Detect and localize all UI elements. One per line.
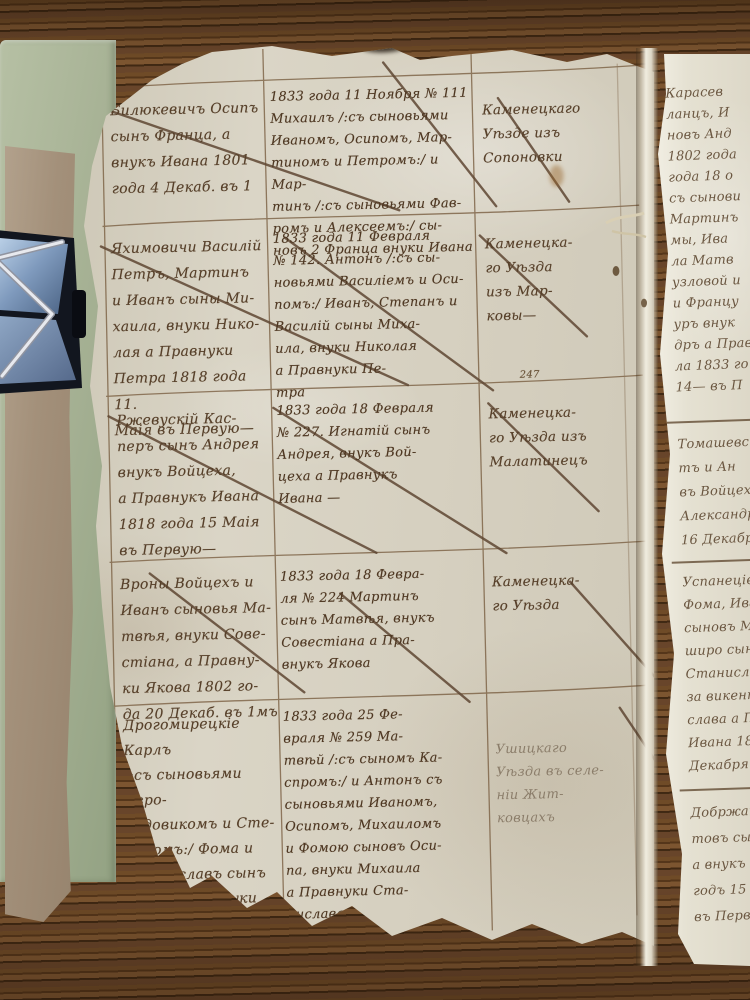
- right-rule-1: [667, 418, 750, 423]
- right-rule-2: [672, 558, 750, 563]
- row4-family-entry: Вроны Войцехъ иИванъ сыновья Ма-твѣя, вн…: [120, 569, 279, 728]
- binder-clip: [0, 228, 90, 398]
- ledger-page-left: Билюкевичъ Осипъсынъ Франца, авнукъ Иван…: [62, 46, 654, 946]
- row1-family-entry: Билюкевичъ Осипъсынъ Франца, авнукъ Иван…: [110, 95, 264, 202]
- photographed-archival-register: { "colors": { "wood": "#5e3d1f", "paper_…: [0, 0, 750, 1000]
- row2-margin-number: 247: [520, 369, 540, 380]
- right-entry-1: Карасевланцъ, Иновъ Анд1802 годагода 18 …: [665, 80, 750, 399]
- row5-district-note-pencil: УшицкагоУѣзда въ селе-ніи Жит-ковцахъ: [495, 736, 629, 831]
- right-entry-2: Томашевсктъ и Анвъ ВойцехаАлександра и16…: [677, 430, 750, 554]
- row4-district-note: Каменецка-го Уѣзда: [492, 568, 625, 619]
- row3-family-entry: Ржевускій Кас-перъ сынъ Андреявнукъ Войц…: [116, 405, 275, 564]
- row2-decree-record: 1833 года 11 Февраля№ 142. Антонъ /:съ с…: [273, 225, 479, 405]
- row1-district-note: КаменецкагоУѣзде изъСопоновки: [482, 96, 615, 171]
- right-rule-3: [680, 786, 750, 791]
- page-gutter-fold: [636, 48, 658, 966]
- row3-decree-record: 1833 года 18 Февраля№ 227. Игнатій сынъА…: [276, 397, 480, 511]
- row5-decree-record: 1833 года 25 Фе-враля № 259 Ма-твѣй /:съ…: [283, 703, 490, 927]
- right-entry-4: Добржанскіе птовъ сынъ Михаа внукъ Ивана…: [690, 797, 750, 931]
- binder-clip-graphic: [0, 228, 90, 398]
- row3-district-note: Каменецка-го Уѣзда изъМалатинецъ: [488, 400, 621, 475]
- ledger-page-content: Билюкевичъ Осипъсынъ Франца, авнукъ Иван…: [61, 35, 672, 947]
- row4-decree-record: 1833 года 18 Февра-ля № 224 Мартинъсынъ …: [280, 563, 484, 677]
- right-entry-3: Успанеціе ОФома, Иванъ исыновъ Матеуширо…: [682, 567, 750, 778]
- row2-district-note: Каменецка-го Уѣздаизъ Мар-ковы—: [485, 230, 619, 329]
- binding-thread-stitches: [600, 195, 660, 325]
